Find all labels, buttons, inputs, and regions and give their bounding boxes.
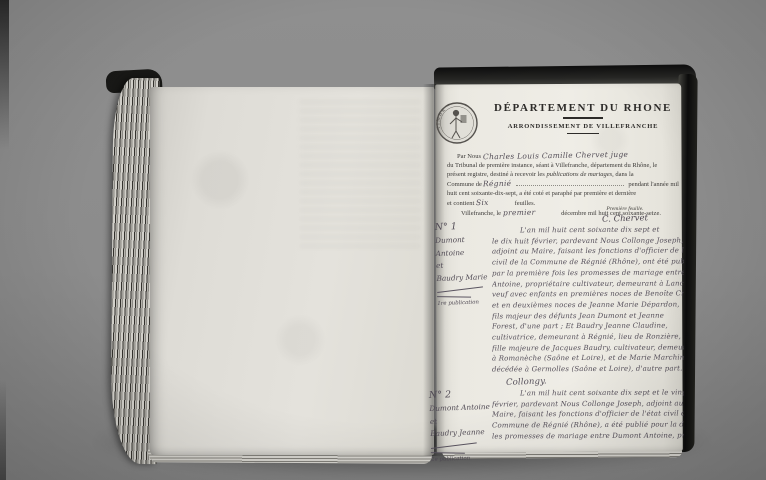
entry-2-margin: N° 2Dumont AntoineetBaudry Jeanne2e publ… [429,387,490,463]
photo-edge-shadow-bottom [0,380,6,480]
printed-text: présent registre, destiné à recevoir les [447,170,546,179]
handwritten-line: Commune de Régnié (Rhône), a été publié … [492,420,684,432]
printed-text: Par Nous [457,152,483,161]
entry-1-margin: N° 1DumontAntoineetBaudry Marie1re publi… [434,219,493,308]
handwritten-line: L'an mil huit cent soixante dix sept et … [492,388,684,399]
first-sheet-note: Première feuille. [575,206,675,212]
photo-edge-shadow [0,0,9,150]
department-title: DÉPARTEMENT DU RHONE [492,102,674,114]
handwritten-line: L'an mil huit cent soixante dix sept et [492,225,684,236]
page-header: DÉPARTEMENT DU RHONE ARRONDISSEMENT DE V… [492,102,674,134]
printed-text: , dans la [612,170,633,179]
handwritten-line: par la première fois les promesses de ma… [492,267,684,279]
certificate-line: Par Nous Charles Louis Camille Chervet j… [447,151,679,161]
printed-text: et contient [447,199,476,208]
printed-text: pendant l'année mil [628,180,679,189]
left-blank-page [150,87,434,455]
printed-text: huit cent soixante-dix-sept, a été coté … [447,189,636,198]
certificate-line: du Tribunal de première instance, séant … [447,161,679,170]
certificate-line: Commune de Régniépendant l'année mil [447,179,679,189]
register-photograph: TIMBRE DÉPARTEMENT DU RHONE ARRONDISSEME… [0,0,766,480]
certificate-line: huit cent soixante-dix-sept, a été coté … [447,189,679,198]
margin-name: Baudry Jeanne [430,426,488,441]
title-rule [563,117,603,119]
handwritten-line: civil de la Commune de Régnié (Rhône), o… [492,257,684,269]
handwritten-fill: Régnié [483,179,512,188]
handwritten-fill: Charles Louis Camille Chervet juge [483,150,628,162]
entry-1-body: L'an mil huit cent soixante dix sept etl… [492,225,684,391]
dotted-fill-line [516,185,625,186]
handwritten-line: cultivatrice, demeurant à Régnié, lieu d… [492,332,684,344]
printed-text: du Tribunal de première instance, séant … [447,161,657,170]
printed-text: Commune de [447,180,483,189]
subtitle-rule [567,133,599,134]
timbre-stamp: TIMBRE [434,100,480,146]
handwritten-fill: premier [503,208,536,218]
printed-text: feuilles. [515,199,536,208]
handwritten-line: et en deuxièmes noces de Jeanne Marie Dé… [492,299,684,311]
margin-flourish [431,448,465,454]
certificate-line: présent registre, destiné à recevoir les… [447,170,679,179]
arrondissement-subtitle: ARRONDISSEMENT DE VILLEFRANCHE [492,123,674,130]
handwritten-fill: Six [476,198,489,207]
handwritten-line: les promesses de mariage entre Dumont An… [492,430,684,442]
margin-flourish [437,292,471,298]
printed-text: publications de mariages [546,170,612,179]
entry-2-body: L'an mil huit cent soixante dix sept et … [492,388,684,446]
margin-name: Baudry Marie [436,271,492,285]
printed-text: Villefranche, le [461,209,503,218]
margin-name: Dumont Antoine [429,401,487,416]
